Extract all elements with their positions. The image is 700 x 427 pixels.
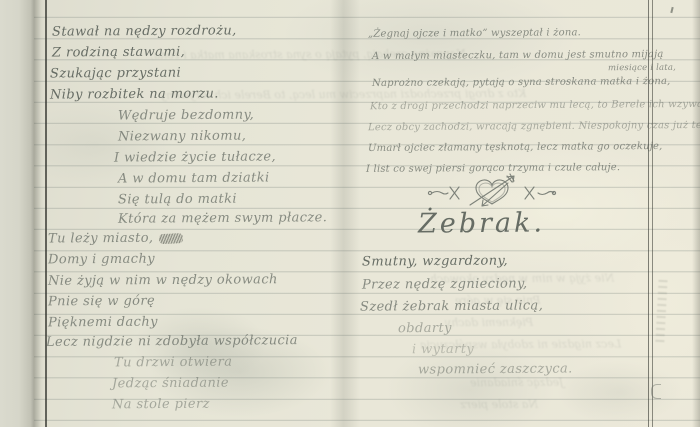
poem-line: i wytarty xyxy=(412,342,474,357)
poem-line: I wiedzie życie tułacze, xyxy=(114,149,276,165)
manuscript-scan: Naprożno czekają, pytają o syna stroskan… xyxy=(0,0,700,427)
poem-line: Tu leży miasto, xyxy=(48,231,184,247)
right-page-edge xyxy=(692,0,700,427)
poem-line: Naprożno czekają, pytają o syna stroskan… xyxy=(372,76,671,89)
page-seam-shadow xyxy=(34,0,44,427)
poem-line: A w domu tam dziatki xyxy=(118,170,270,186)
poem-line: Lecz nigdzie ni zdobyła współczucia xyxy=(46,333,298,350)
poem-line: Pnie się w górę xyxy=(48,294,155,310)
poem-line: „Żegnaj ojcze i matko” wyszeptał i żona. xyxy=(368,27,581,39)
poem-line: Smutny, wzgardzony, xyxy=(362,253,508,269)
poem-line: Szukając przystani xyxy=(50,66,181,82)
poem-line: Kto z drogi przechodzi naprzeciw mu lecą… xyxy=(370,99,700,112)
bleed-through-text: Na stole pierz xyxy=(460,398,538,411)
center-fold-shadow xyxy=(330,0,360,427)
poem-line: Wędruje bezdomny, xyxy=(118,108,254,124)
poem-line: A w małym miasteczku, tam w domu jest sm… xyxy=(372,49,664,62)
poem-line: wspomnieć zaszczyca. xyxy=(418,361,573,377)
poem-line: Szedł żebrak miasta ulicą, xyxy=(360,298,543,314)
poem-line: Domy i gmachy xyxy=(48,252,155,268)
poem-line: Która za mężem swym płacze. xyxy=(118,210,327,226)
poem-line-note: miesiące i lata, xyxy=(608,63,676,73)
poem-line: Stawał na nędzy rozdrożu, xyxy=(52,23,237,39)
edge-pencil-mark xyxy=(651,384,661,399)
poem-line: Pięknemi dachy xyxy=(48,315,158,331)
poem-line: Jedząc śniadanie xyxy=(112,376,229,392)
poem-line: Z rodziną stawami, xyxy=(52,45,185,61)
poem-line-text: Tu leży miasto, xyxy=(48,231,154,247)
poem-line: Lecz obcy zachodzi, wracają zgnębieni. N… xyxy=(368,120,700,134)
poem-line: Niby rozbitek na morzu. xyxy=(50,86,219,102)
poem-line: Na stole pierz xyxy=(112,397,210,413)
poem-line: Tu drzwi otwiera xyxy=(114,355,232,371)
left-margin-line xyxy=(45,0,47,427)
bleed-through-text: Jedząc śniadanie xyxy=(470,376,564,389)
heart-pierced-by-arrow-icon xyxy=(426,173,558,211)
page-title: Żebrak. xyxy=(418,207,545,239)
poem-line: Umarł ojciec złamany tęsknotą, lecz matk… xyxy=(368,141,663,154)
poem-line: Przez nędzę zgnieciony, xyxy=(362,276,528,292)
poem-line: obdarty xyxy=(398,321,452,336)
poem-line: Nie żyją w nim w nędzy okowach xyxy=(48,272,278,289)
bleed-through-text: Pięknemi dachy xyxy=(445,316,533,329)
poem-line: Niezwany nikomu, xyxy=(118,129,246,145)
page-edge-strip xyxy=(0,0,34,427)
crossed-out-word xyxy=(159,233,183,244)
poem-line: Się tulą do matki xyxy=(118,192,237,208)
